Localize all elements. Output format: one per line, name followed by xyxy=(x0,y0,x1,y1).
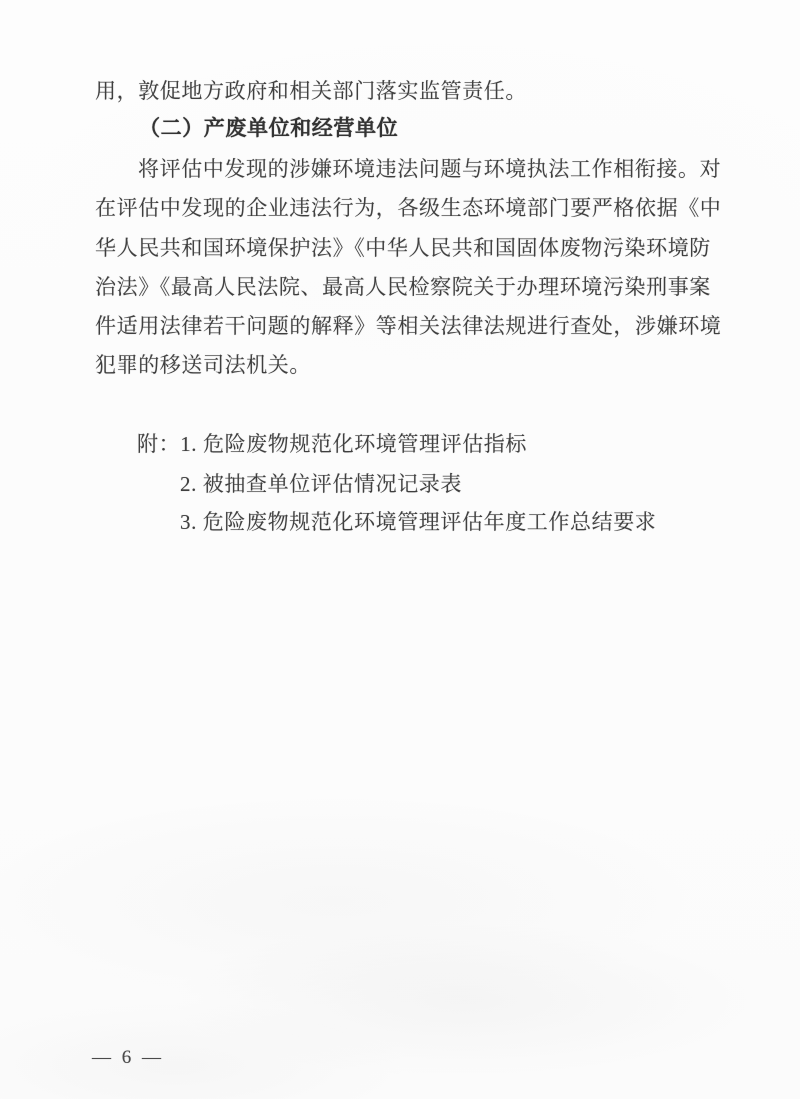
attachment-list-row: 附：1. 危险废物规范化环境管理评估指标 xyxy=(137,431,527,458)
paragraph-line: 在评估中发现的企业违法行为，各级生态环境部门要严格依据《中 xyxy=(95,195,721,222)
paragraph-line: 犯罪的移送司法机关。 xyxy=(95,352,311,379)
attachment-item: 2. 被抽查单位评估情况记录表 xyxy=(180,471,462,498)
paragraph-line: 件适用法律若干问题的解释》等相关法律法规进行查处，涉嫌环境 xyxy=(95,313,721,340)
scanned-document-page: 用，敦促地方政府和相关部门落实监管责任。 （二）产废单位和经营单位 将评估中发现… xyxy=(0,0,800,1099)
page-number: — 6 — xyxy=(92,1044,164,1071)
paragraph-continuation-line: 用，敦促地方政府和相关部门落实监管责任。 xyxy=(95,78,527,105)
attachment-label: 附： xyxy=(137,431,180,458)
paragraph-line: 华人民共和国环境保护法》《中华人民共和国固体废物污染环境防 xyxy=(95,235,711,262)
attachment-item: 3. 危险废物规范化环境管理评估年度工作总结要求 xyxy=(180,509,656,536)
section-heading: （二）产废单位和经营单位 xyxy=(139,115,398,142)
attachment-item: 1. 危险废物规范化环境管理评估指标 xyxy=(180,431,527,458)
paragraph-line: 治法》《最高人民法院、最高人民检察院关于办理环境污染刑事案 xyxy=(95,274,711,301)
paragraph-line: 将评估中发现的涉嫌环境违法问题与环境执法工作相衔接。对 xyxy=(138,156,721,183)
